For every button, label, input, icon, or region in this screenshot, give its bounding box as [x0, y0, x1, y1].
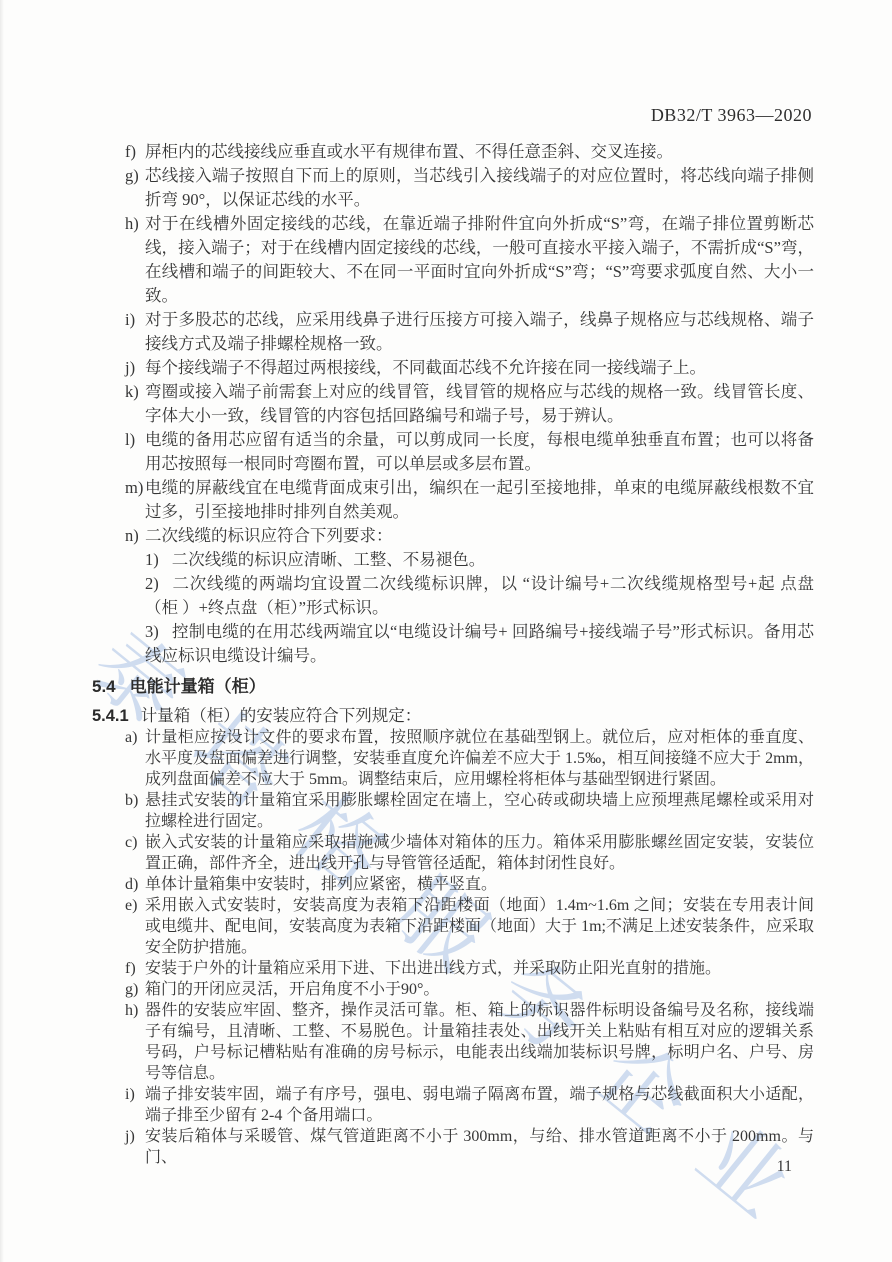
item-label: h): [125, 1000, 145, 1084]
document-page: 泰塔格服务企业 DB32/T 3963—2020 f) 屏柜内的芯线接线应垂直或…: [0, 0, 892, 1262]
top-list: f) 屏柜内的芯线接线应垂直或水平有规律布置、不得任意歪斜、交叉连接。 g) 芯…: [92, 140, 814, 668]
list-item: l) 电缆的备用芯应留有适当的余量，可以剪成同一长度，每根电缆单独垂直布置；也可…: [92, 428, 814, 476]
item-text: 芯线接入端子按照自下而上的原则，当芯线引入接线端子的对应位置时，将芯线向端子排侧…: [145, 164, 814, 212]
clause-title: 计量箱（柜）的安装应符合下列规定：: [141, 706, 422, 725]
list-item: i) 端子排安装牢固，端子有序号，强电、弱电端子隔离布置，端子规格与芯线截面积大…: [92, 1084, 814, 1126]
subitem-text: 控制电缆的在用芯线两端宜以“电缆设计编号+ 回路编号+接线端子号”形式标识。备用…: [145, 622, 814, 665]
item-label: h): [125, 212, 145, 308]
item-label: g): [125, 979, 145, 1000]
list-item: b) 悬挂式安装的计量箱宜采用膨胀螺栓固定在墙上，空心砖或砌块墙上应预埋燕尾螺栓…: [92, 790, 814, 832]
item-text: 单体计量箱集中安装时，排列应紧密，横平竖直。: [145, 874, 814, 895]
item-text: 悬挂式安装的计量箱宜采用膨胀螺栓固定在墙上，空心砖或砌块墙上应预埋燕尾螺栓或采用…: [145, 790, 814, 832]
list-item: f) 安装于户外的计量箱应采用下进、下出进出线方式，并采取防止阳光直射的措施。: [92, 958, 814, 979]
subitem-label: 3): [145, 622, 159, 641]
item-label: j): [125, 356, 145, 380]
item-text: 电缆的屏蔽线宜在电缆背面成束引出，编织在一起引至接地排，单束的电缆屏蔽线根数不宜…: [145, 476, 814, 524]
clause-number: 5.4.1: [92, 707, 129, 725]
item-text: 电缆的备用芯应留有适当的余量，可以剪成同一长度，每根电缆单独垂直布置；也可以将备…: [145, 428, 814, 476]
clause-heading: 5.4.1计量箱（柜）的安装应符合下列规定：: [92, 702, 421, 726]
item-label: a): [125, 727, 145, 790]
item-label: f): [125, 958, 145, 979]
item-label: c): [125, 832, 145, 874]
subitem-label: 2): [145, 574, 159, 593]
list-item: i) 对于多股芯的芯线，应采用线鼻子进行压接方可接入端子，线鼻子规格应与芯线规格…: [92, 308, 814, 356]
item-label: d): [125, 874, 145, 895]
item-text: 安装后箱体与采暖管、煤气管道距离不小于 300mm，与给、排水管道距离不小于 2…: [145, 1126, 814, 1168]
list-item: g) 箱门的开闭应灵活，开启角度不小于90°。: [92, 979, 814, 1000]
sub-list-item: 2)二次线缆的两端均宜设置二次线缆标识牌，以 “设计编号+二次线缆规格型号+起 …: [145, 572, 814, 620]
list-item: h) 对于在线槽外固定接线的芯线，在靠近端子排附件宜向外折成“S”弯，在端子排位…: [92, 212, 814, 308]
list-item: k) 弯圈或接入端子前需套上对应的线冒管，线冒管的规格应与芯线的规格一致。线冒管…: [92, 380, 814, 428]
item-text: 二次线缆的标识应符合下列要求：: [145, 524, 814, 548]
item-text: 采用嵌入式安装时，安装高度为表箱下沿距楼面（地面）1.4m~1.6m 之间；安装…: [145, 895, 814, 958]
list-item: g) 芯线接入端子按照自下而上的原则，当芯线引入接线端子的对应位置时，将芯线向端…: [92, 164, 814, 212]
sub-list-item: 3)控制电缆的在用芯线两端宜以“电缆设计编号+ 回路编号+接线端子号”形式标识。…: [145, 620, 814, 668]
list-item: c) 嵌入式安装的计量箱应采取措施减少墙体对箱体的压力。箱体采用膨胀螺丝固定安装…: [92, 832, 814, 874]
list-item: e) 采用嵌入式安装时，安装高度为表箱下沿距楼面（地面）1.4m~1.6m 之间…: [92, 895, 814, 958]
item-text: 器件的安装应牢固、整齐，操作灵活可靠。柜、箱上的标识器件标明设备编号及名称，接线…: [145, 1000, 814, 1084]
item-label: j): [125, 1126, 145, 1168]
list-item: h) 器件的安装应牢固、整齐，操作灵活可靠。柜、箱上的标识器件标明设备编号及名称…: [92, 1000, 814, 1084]
item-text: 每个接线端子不得超过两根接线，不同截面芯线不允许接在同一接线端子上。: [145, 356, 814, 380]
list-item: f) 屏柜内的芯线接线应垂直或水平有规律布置、不得任意歪斜、交叉连接。: [92, 140, 814, 164]
list-item: n) 二次线缆的标识应符合下列要求：: [92, 524, 814, 548]
sub-list-item: 1)二次线缆的标识应清晰、工整、不易褪色。: [145, 548, 814, 572]
subitem-text: 二次线缆的标识应清晰、工整、不易褪色。: [172, 550, 486, 569]
item-label: i): [125, 1084, 145, 1126]
item-label: m): [125, 476, 145, 524]
bottom-list: a) 计量柜应按设计文件的要求布置，按照顺序就位在基础型钢上。就位后，应对柜体的…: [92, 727, 814, 1168]
list-item: m) 电缆的屏蔽线宜在电缆背面成束引出，编织在一起引至接地排，单束的电缆屏蔽线根…: [92, 476, 814, 524]
list-item: j) 每个接线端子不得超过两根接线，不同截面芯线不允许接在同一接线端子上。: [92, 356, 814, 380]
item-label: g): [125, 164, 145, 212]
item-label: l): [125, 428, 145, 476]
item-text: 对于多股芯的芯线，应采用线鼻子进行压接方可接入端子，线鼻子规格应与芯线规格、端子…: [145, 308, 814, 356]
item-label: i): [125, 308, 145, 356]
item-label: n): [125, 524, 145, 548]
item-label: k): [125, 380, 145, 428]
list-item: j) 安装后箱体与采暖管、煤气管道距离不小于 300mm，与给、排水管道距离不小…: [92, 1126, 814, 1168]
item-label: f): [125, 140, 145, 164]
item-text: 箱门的开闭应灵活，开启角度不小于90°。: [145, 979, 814, 1000]
item-label: b): [125, 790, 145, 832]
section-heading: 5.4电能计量箱（柜）: [92, 672, 266, 697]
page-number: 11: [777, 1158, 792, 1176]
list-item: d) 单体计量箱集中安装时，排列应紧密，横平竖直。: [92, 874, 814, 895]
list-item: a) 计量柜应按设计文件的要求布置，按照顺序就位在基础型钢上。就位后，应对柜体的…: [92, 727, 814, 790]
doc-number: DB32/T 3963—2020: [651, 105, 812, 126]
item-text: 屏柜内的芯线接线应垂直或水平有规律布置、不得任意歪斜、交叉连接。: [145, 140, 814, 164]
item-text: 嵌入式安装的计量箱应采取措施减少墙体对箱体的压力。箱体采用膨胀螺丝固定安装，安装…: [145, 832, 814, 874]
item-text: 安装于户外的计量箱应采用下进、下出进出线方式，并采取防止阳光直射的措施。: [145, 958, 814, 979]
item-text: 弯圈或接入端子前需套上对应的线冒管，线冒管的规格应与芯线的规格一致。线冒管长度、…: [145, 380, 814, 428]
item-text: 计量柜应按设计文件的要求布置，按照顺序就位在基础型钢上。就位后，应对柜体的垂直度…: [145, 727, 814, 790]
subitem-text: 二次线缆的两端均宜设置二次线缆标识牌，以 “设计编号+二次线缆规格型号+起 点盘…: [145, 574, 814, 617]
item-text: 端子排安装牢固，端子有序号，强电、弱电端子隔离布置，端子规格与芯线截面积大小适配…: [145, 1084, 814, 1126]
section-number: 5.4: [92, 677, 116, 696]
item-text: 对于在线槽外固定接线的芯线，在靠近端子排附件宜向外折成“S”弯，在端子排位置剪断…: [145, 212, 814, 308]
item-label: e): [125, 895, 145, 958]
subitem-label: 1): [145, 550, 159, 569]
section-title: 电能计量箱（柜）: [130, 677, 266, 696]
